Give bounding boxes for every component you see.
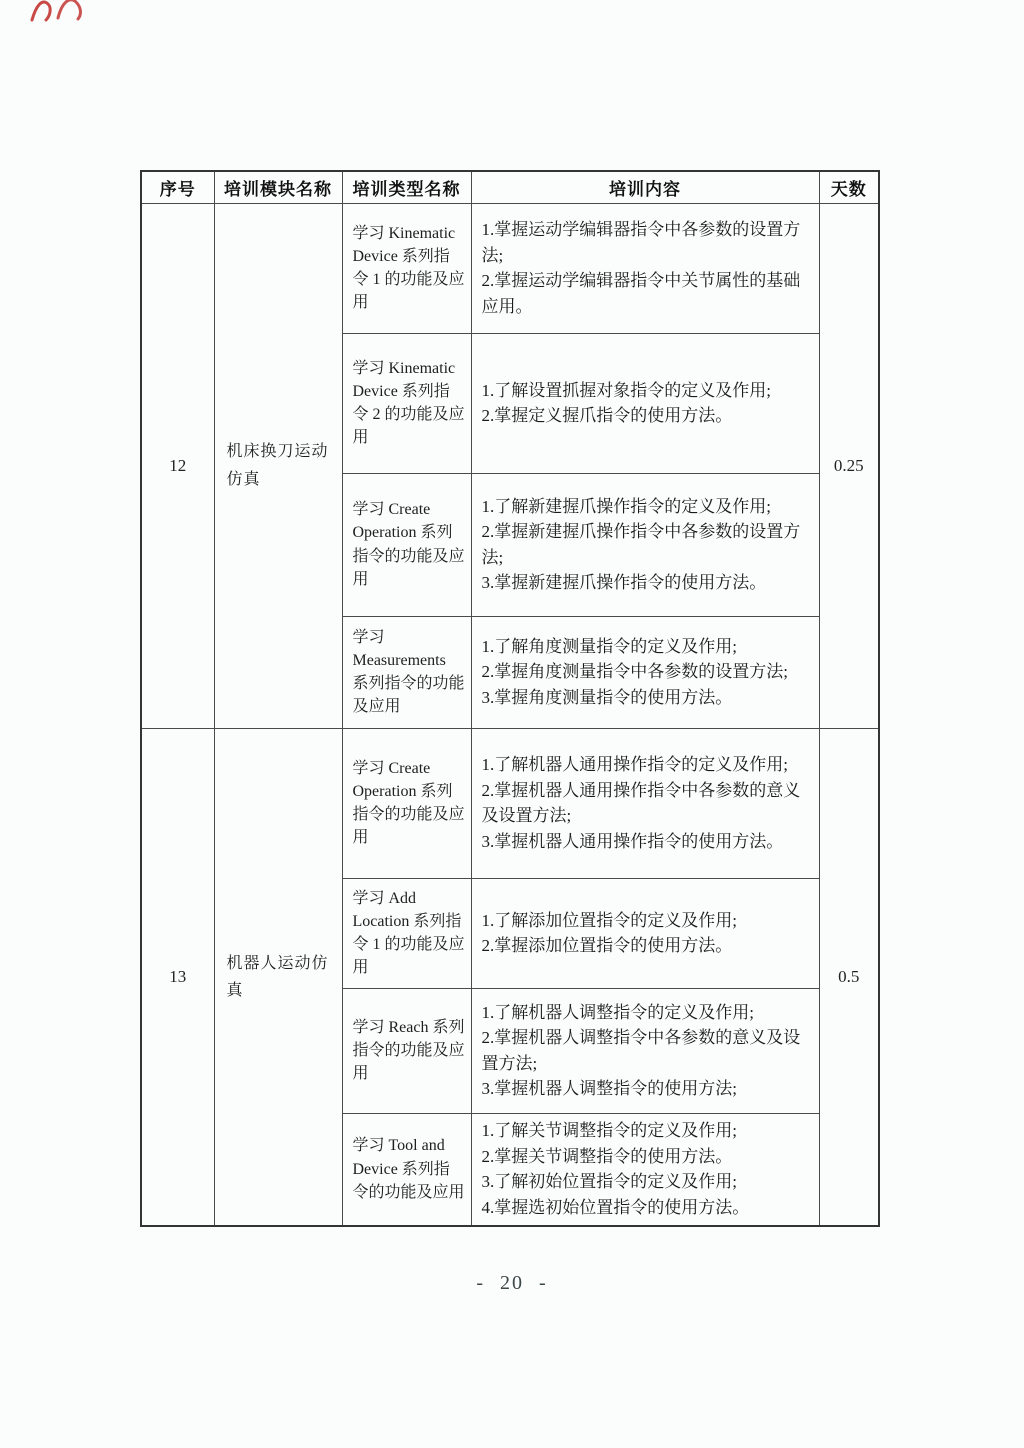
table-row: 13 机器人运动仿真 学习 Create Operation 系列指令的功能及应…	[141, 728, 879, 878]
red-ink-marks	[26, 0, 96, 26]
content-item: 1.了解添加位置指令的定义及作用;	[482, 908, 807, 934]
module-13-id: 13	[141, 728, 214, 1226]
content-item: 1.了解机器人调整指令的定义及作用;	[482, 1000, 807, 1026]
content-item: 3.掌握角度测量指令的使用方法。	[482, 685, 807, 711]
content-item: 2.掌握新建握爪操作指令中各参数的设置方法;	[482, 519, 807, 570]
content-item: 3.了解初始位置指令的定义及作用;	[482, 1169, 807, 1195]
content-cell: 1.了解角度测量指令的定义及作用; 2.掌握角度测量指令中各参数的设置方法; 3…	[471, 616, 819, 728]
page-number: - 20 -	[0, 1272, 1024, 1295]
header-培训类型名称: 培训类型名称	[342, 171, 471, 203]
content-item: 4.掌握选初始位置指令的使用方法。	[482, 1195, 807, 1221]
module-12-id: 12	[141, 203, 214, 728]
content-cell: 1.了解机器人调整指令的定义及作用; 2.掌握机器人调整指令中各参数的意义及设置…	[471, 988, 819, 1113]
module-13-name: 机器人运动仿真	[214, 728, 342, 1226]
content-item: 1.掌握运动学编辑器指令中各参数的设置方法;	[482, 217, 807, 268]
content-item: 3.掌握机器人通用操作指令的使用方法。	[482, 829, 807, 855]
content-cell: 1.掌握运动学编辑器指令中各参数的设置方法; 2.掌握运动学编辑器指令中关节属性…	[471, 203, 819, 333]
content-item: 2.掌握关节调整指令的使用方法。	[482, 1144, 807, 1170]
table-row: 12 机床换刀运动仿真 学习 Kinematic Device 系列指令 1 的…	[141, 203, 879, 333]
content-item: 1.了解新建握爪操作指令的定义及作用;	[482, 494, 807, 520]
content-cell: 1.了解新建握爪操作指令的定义及作用; 2.掌握新建握爪操作指令中各参数的设置方…	[471, 473, 819, 616]
content-item: 2.掌握定义握爪指令的使用方法。	[482, 403, 807, 429]
type-cell: 学习 Kinematic Device 系列指令 2 的功能及应用	[342, 333, 471, 473]
module-13-days: 0.5	[819, 728, 879, 1226]
table-header-row: 序号 培训模块名称 培训类型名称 培训内容 天数	[141, 171, 879, 203]
content-item: 2.掌握角度测量指令中各参数的设置方法;	[482, 659, 807, 685]
type-cell: 学习 Add Location 系列指令 1 的功能及应用	[342, 878, 471, 988]
header-培训内容: 培训内容	[471, 171, 819, 203]
content-item: 2.掌握机器人通用操作指令中各参数的意义及设置方法;	[482, 778, 807, 829]
content-cell: 1.了解设置抓握对象指令的定义及作用; 2.掌握定义握爪指令的使用方法。	[471, 333, 819, 473]
content-item: 1.了解设置抓握对象指令的定义及作用;	[482, 378, 807, 404]
content-item: 1.了解机器人通用操作指令的定义及作用;	[482, 752, 807, 778]
content-cell: 1.了解关节调整指令的定义及作用; 2.掌握关节调整指令的使用方法。 3.了解初…	[471, 1113, 819, 1226]
content-item: 3.掌握新建握爪操作指令的使用方法。	[482, 570, 807, 596]
content-item: 2.掌握机器人调整指令中各参数的意义及设置方法;	[482, 1025, 807, 1076]
module-12-days: 0.25	[819, 203, 879, 728]
content-cell: 1.了解机器人通用操作指令的定义及作用; 2.掌握机器人通用操作指令中各参数的意…	[471, 728, 819, 878]
content-item: 2.掌握添加位置指令的使用方法。	[482, 933, 807, 959]
type-cell: 学习 Create Operation 系列指令的功能及应用	[342, 728, 471, 878]
type-cell: 学习 Create Operation 系列指令的功能及应用	[342, 473, 471, 616]
type-cell: 学习 Tool and Device 系列指令的功能及应用	[342, 1113, 471, 1226]
training-schedule-table: 序号 培训模块名称 培训类型名称 培训内容 天数 12 机床换刀运动仿真 学习 …	[140, 170, 880, 1227]
type-cell: 学习 Kinematic Device 系列指令 1 的功能及应用	[342, 203, 471, 333]
header-序号: 序号	[141, 171, 214, 203]
header-天数: 天数	[819, 171, 879, 203]
content-item: 1.了解角度测量指令的定义及作用;	[482, 634, 807, 660]
content-item: 2.掌握运动学编辑器指令中关节属性的基础应用。	[482, 268, 807, 319]
type-cell: 学习 Measurements 系列指令的功能及应用	[342, 616, 471, 728]
type-cell: 学习 Reach 系列指令的功能及应用	[342, 988, 471, 1113]
header-培训模块名称: 培训模块名称	[214, 171, 342, 203]
content-cell: 1.了解添加位置指令的定义及作用; 2.掌握添加位置指令的使用方法。	[471, 878, 819, 988]
module-12-name: 机床换刀运动仿真	[214, 203, 342, 728]
content-item: 3.掌握机器人调整指令的使用方法;	[482, 1076, 807, 1102]
content-item: 1.了解关节调整指令的定义及作用;	[482, 1118, 807, 1144]
